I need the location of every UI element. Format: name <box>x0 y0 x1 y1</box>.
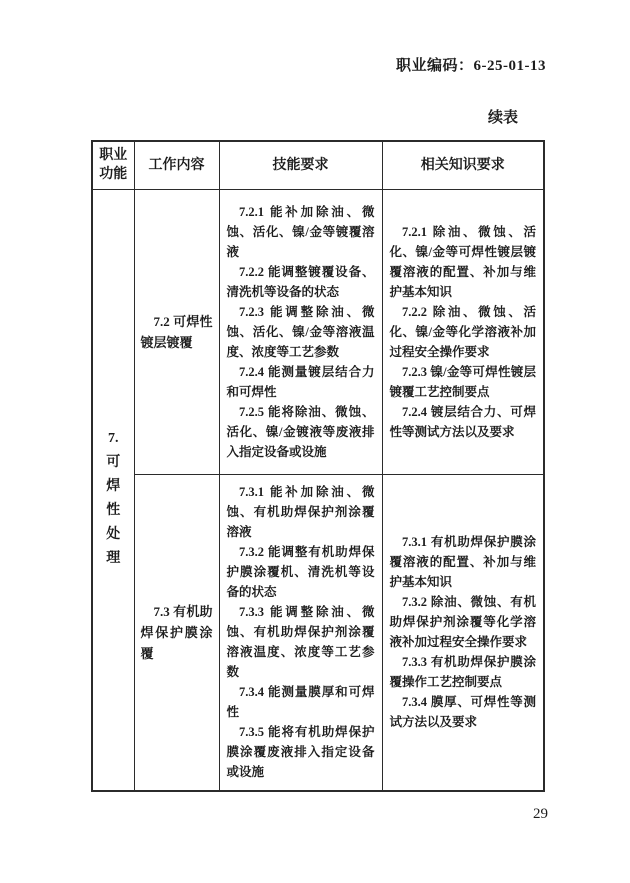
table-row: 7.3 有机助焊保护膜涂覆 7.3.1 能补加除油、微蚀、有机助焊保护剂涂覆溶液… <box>92 474 544 791</box>
occupation-function-cell: 7. 可焊性处理 <box>92 189 134 791</box>
knowledge-item: 7.2.2 除油、微蚀、活化、镍/金等化学溶液补加过程安全操作要求 <box>390 302 537 362</box>
table-header-row: 职业功能 工作内容 技能要求 相关知识要求 <box>92 141 544 189</box>
skills-cell: 7.3.1 能补加除油、微蚀、有机助焊保护剂涂覆溶液 7.3.2 能调整有机助焊… <box>219 474 382 791</box>
vertical-function-label: 7. 可焊性处理 <box>93 409 134 571</box>
skill-item: 7.3.5 能将有机助焊保护膜涂覆废液排入指定设备或设施 <box>227 722 375 782</box>
work-content-cell: 7.3 有机助焊保护膜涂覆 <box>134 474 219 791</box>
skill-item: 7.3.1 能补加除油、微蚀、有机助焊保护剂涂覆溶液 <box>227 482 375 542</box>
col-header-work-content: 工作内容 <box>134 141 219 189</box>
knowledge-cell: 7.2.1 除油、微蚀、活化、镍/金等可焊性镀层镀覆溶液的配置、补加与维护基本知… <box>382 189 544 474</box>
knowledge-item: 7.3.2 除油、微蚀、有机助焊保护剂涂覆等化学溶液补加过程安全操作要求 <box>390 592 537 652</box>
page-number: 29 <box>533 806 548 823</box>
skill-item: 7.2.5 能将除油、微蚀、活化、镍/金镀液等废液排入指定设备或设施 <box>227 402 375 462</box>
skill-item: 7.3.3 能调整除油、微蚀、有机助焊保护剂涂覆溶液温度、浓度等工艺参数 <box>227 602 375 682</box>
skill-item: 7.2.2 能调整镀覆设备、清洗机等设备的状态 <box>227 262 375 302</box>
skill-item: 7.2.1 能补加除油、微蚀、活化、镍/金等镀覆溶液 <box>227 202 375 262</box>
knowledge-cell: 7.3.1 有机助焊保护膜涂覆溶液的配置、补加与维护基本知识 7.3.2 除油、… <box>382 474 544 791</box>
skill-item: 7.3.4 能测量膜厚和可焊性 <box>227 682 375 722</box>
requirements-table: 职业功能 工作内容 技能要求 相关知识要求 7. 可焊性处理 7.2 可焊性镀层… <box>91 140 545 792</box>
knowledge-item: 7.3.4 膜厚、可焊性等测试方法以及要求 <box>390 692 537 732</box>
col-header-occupation-function: 职业功能 <box>92 141 134 189</box>
knowledge-item: 7.2.1 除油、微蚀、活化、镍/金等可焊性镀层镀覆溶液的配置、补加与维护基本知… <box>390 222 537 302</box>
col-header-knowledge-requirements: 相关知识要求 <box>382 141 544 189</box>
document-page: 职业编码：6-25-01-13 续表 职业功能 工作内容 技能要求 相关知识要求… <box>0 0 630 883</box>
function-name: 可焊性处理 <box>106 451 120 571</box>
continued-table-label: 续表 <box>488 106 518 127</box>
occupation-code: 职业编码：6-25-01-13 <box>396 54 546 75</box>
table-row: 7. 可焊性处理 7.2 可焊性镀层镀覆 7.2.1 能补加除油、微蚀、活化、镍… <box>92 189 544 474</box>
skill-item: 7.2.4 能测量镀层结合力和可焊性 <box>227 362 375 402</box>
work-content-label: 7.3 有机助焊保护膜涂覆 <box>141 601 213 664</box>
skill-item: 7.3.2 能调整有机助焊保护膜涂覆机、清洗机等设备的状态 <box>227 542 375 602</box>
knowledge-item: 7.3.3 有机助焊保护膜涂覆操作工艺控制要点 <box>390 652 537 692</box>
knowledge-item: 7.2.3 镍/金等可焊性镀层镀覆工艺控制要点 <box>390 362 537 402</box>
knowledge-item: 7.3.1 有机助焊保护膜涂覆溶液的配置、补加与维护基本知识 <box>390 532 537 592</box>
work-content-label: 7.2 可焊性镀层镀覆 <box>141 311 213 353</box>
function-number: 7. <box>108 427 119 451</box>
work-content-cell: 7.2 可焊性镀层镀覆 <box>134 189 219 474</box>
knowledge-item: 7.2.4 镀层结合力、可焊性等测试方法以及要求 <box>390 402 537 442</box>
skill-item: 7.2.3 能调整除油、微蚀、活化、镍/金等溶液温度、浓度等工艺参数 <box>227 302 375 362</box>
skills-cell: 7.2.1 能补加除油、微蚀、活化、镍/金等镀覆溶液 7.2.2 能调整镀覆设备… <box>219 189 382 474</box>
col-header-skill-requirements: 技能要求 <box>219 141 382 189</box>
